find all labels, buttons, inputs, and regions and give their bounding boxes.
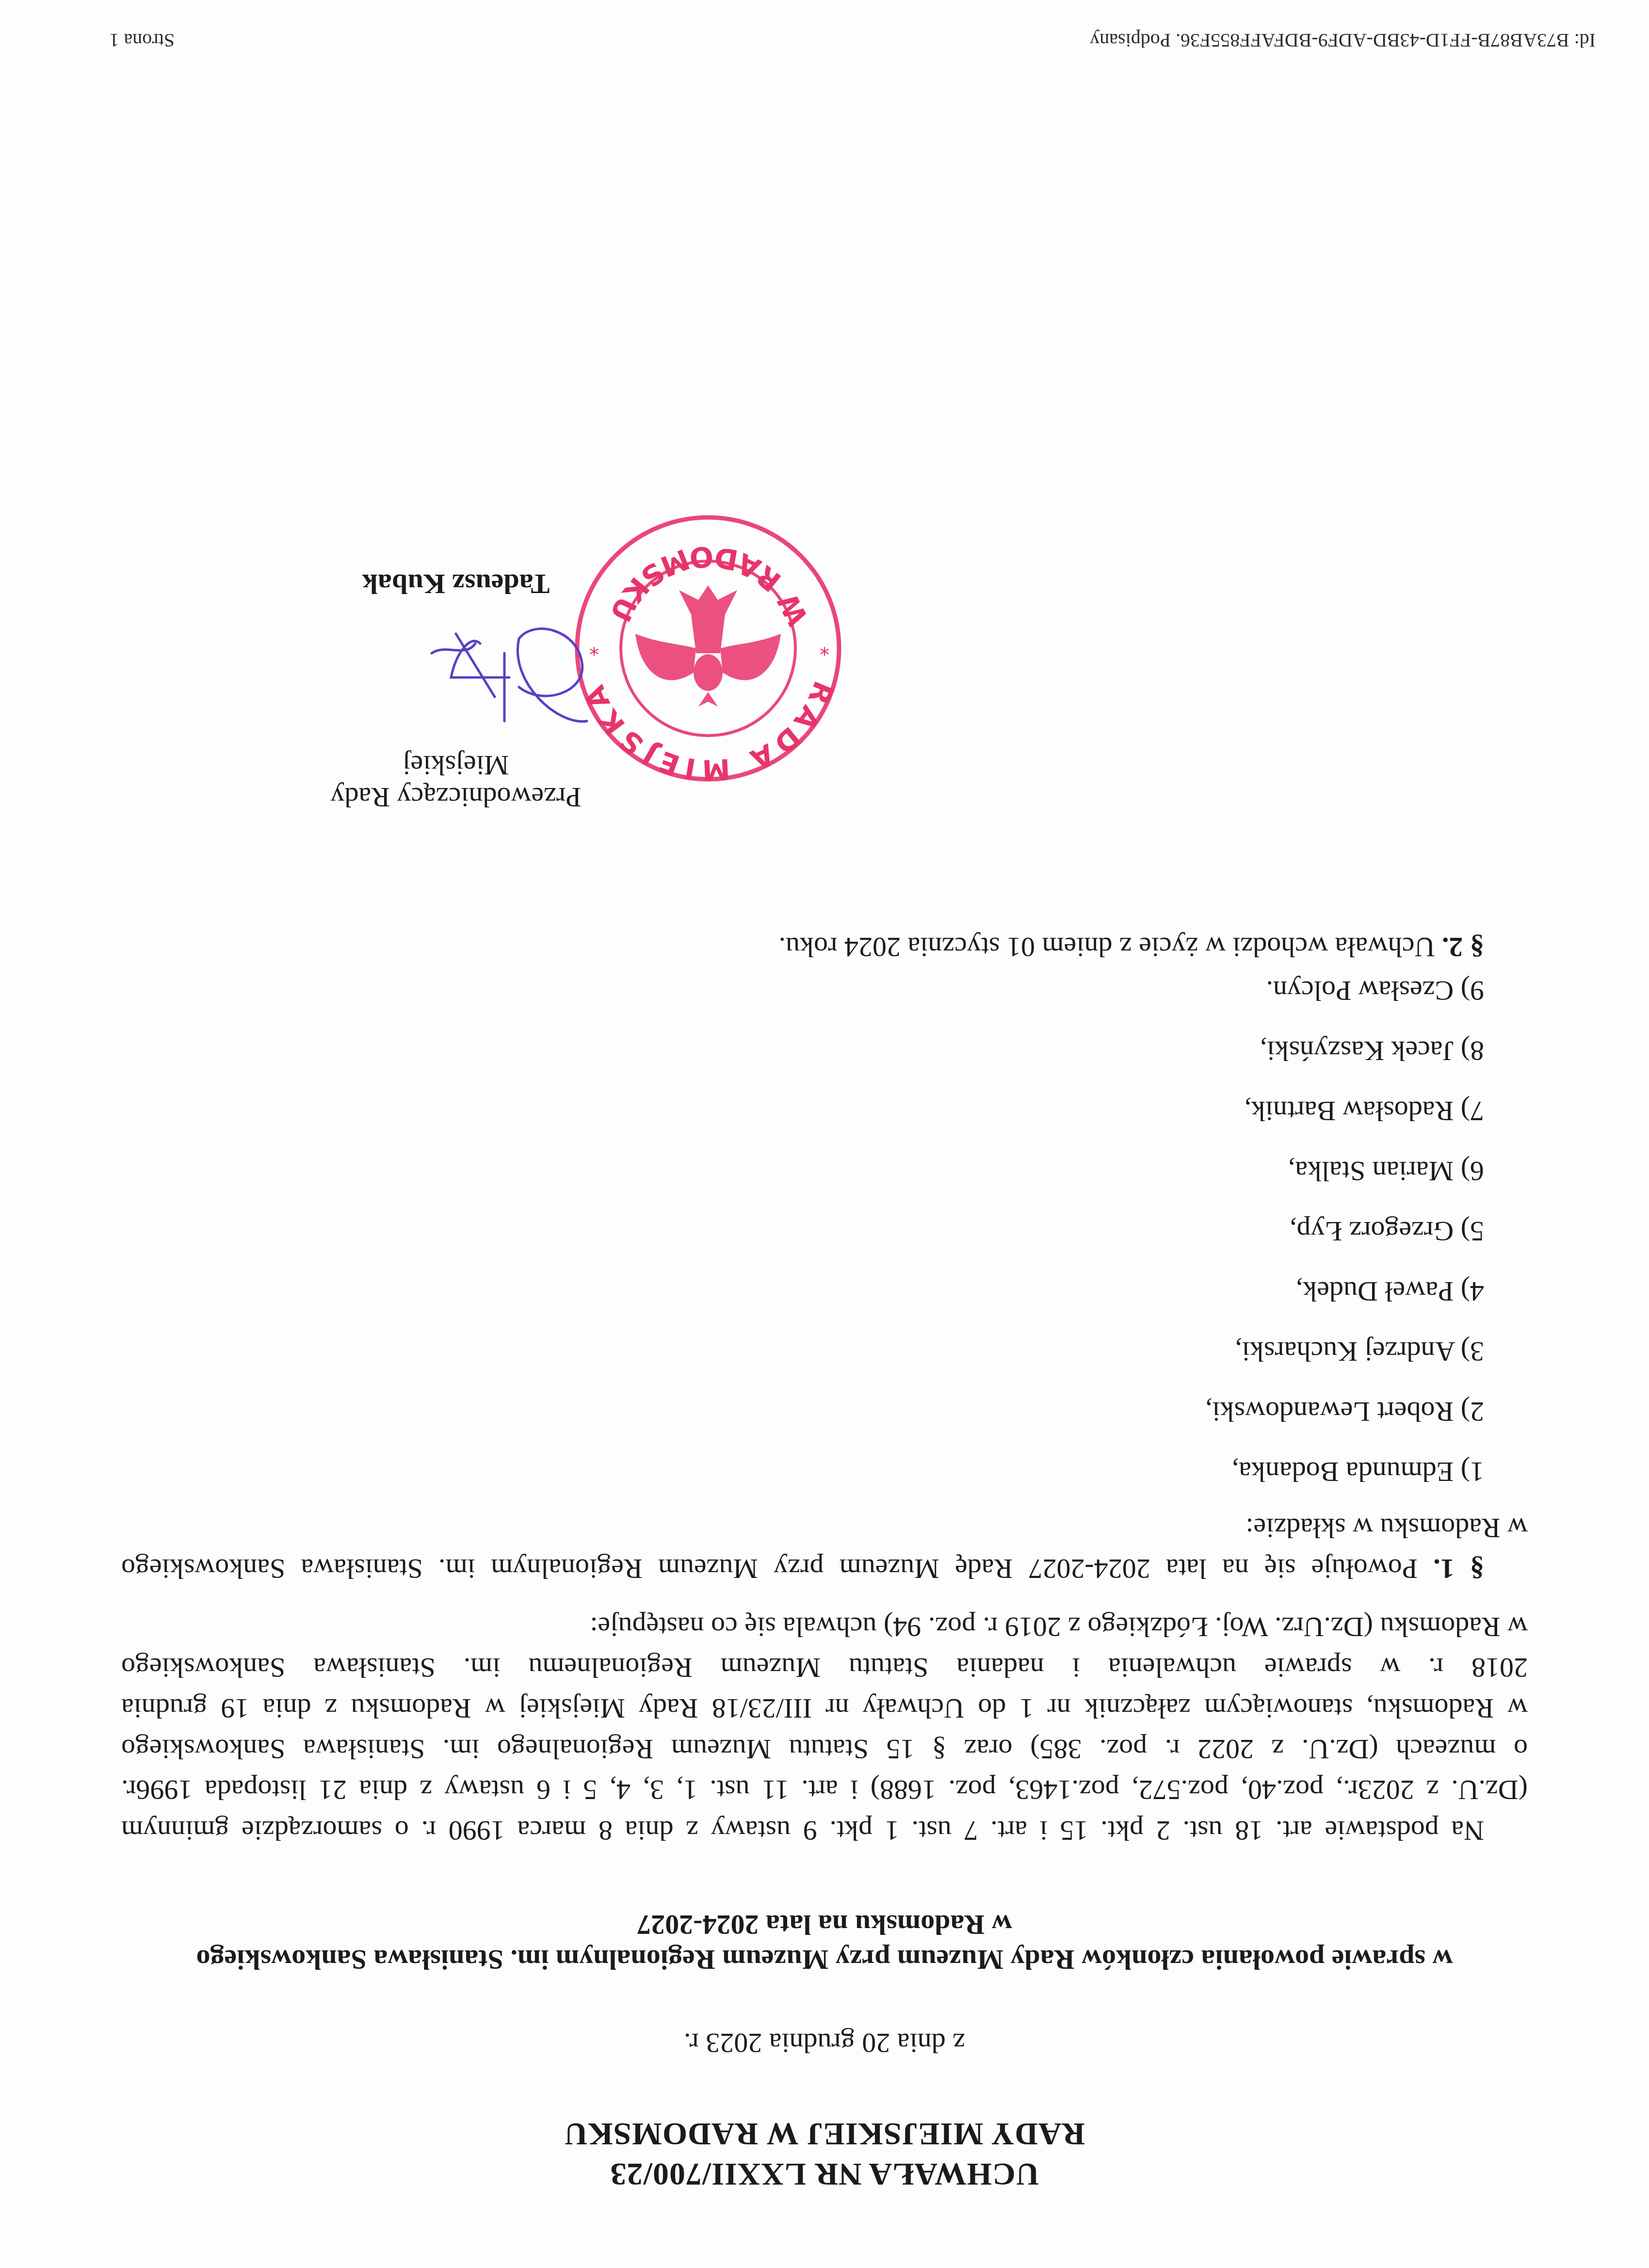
preamble-line: (Dz.U. z 2023r., poz.40, poz.572, poz.14…: [121, 1769, 1528, 1810]
member-item: 7) Radosław Bartnik,: [1205, 1081, 1484, 1141]
member-item: 1) Edmunda Bodanka,: [1205, 1442, 1484, 1502]
handwritten-signature: [412, 614, 616, 740]
signatory-role: Przewodniczący Rady: [306, 781, 606, 813]
subject-line-1: w sprawie powołania członków Rady Muzeum…: [121, 1942, 1528, 1977]
signatory-name: Tadeusz Kubak: [306, 568, 606, 600]
preamble-line: w Radomsku (Dz.Urz. Woj. Łódzkiego z 201…: [121, 1607, 1528, 1647]
signatory-role-line-2: Miejskiej: [306, 749, 606, 781]
preamble-line: 2018 r. w sprawie uchwalenia i nadania S…: [121, 1647, 1528, 1688]
section-1-line-2: w Radomsku w składzie:: [121, 1508, 1528, 1548]
preamble-line: Na podstawie art. 18 ust. 2 pkt. 15 i ar…: [121, 1810, 1528, 1851]
section-2: § 2. Uchwała wchodzi w życie z dniem 01 …: [779, 931, 1484, 964]
member-item: 3) Andrzej Kucharski,: [1205, 1321, 1484, 1382]
page-number: Strona 1: [110, 29, 175, 52]
preamble-line: w Radomsku, stanowiącym załącznik nr 1 d…: [121, 1688, 1528, 1729]
member-item: 2) Robert Lewandowski,: [1205, 1382, 1484, 1442]
member-item: 6) Marian Stalka,: [1205, 1141, 1484, 1201]
section-1: § 1. Powołuje się na lata 2024-2027 Radę…: [121, 1508, 1528, 1589]
eagle-emblem-icon: [635, 585, 781, 707]
section-2-text: Uchwała wchodzi w życie z dniem 01 stycz…: [779, 932, 1435, 963]
document-id: Id: B73AB87B-FF1D-43BD-ADF9-BDFAFF855F36…: [1090, 29, 1596, 52]
section-2-label: § 2.: [1442, 932, 1484, 963]
section-1-line-1: § 1. Powołuje się na lata 2024-2027 Radę…: [121, 1548, 1528, 1589]
member-item: 9) Czesław Polcyn.: [1205, 961, 1484, 1021]
svg-text:*: *: [820, 636, 829, 659]
resolution-title: UCHWAŁA NR LXXII/700/23: [0, 2155, 1649, 2193]
subject-line-2: w Radomsku na lata 2024-2027: [121, 1907, 1528, 1942]
member-item: 8) Jacek Kaszyński,: [1205, 1021, 1484, 1081]
document-page: UCHWAŁA NR LXXII/700/23 RADY MIEJSKIEJ W…: [0, 0, 1649, 2268]
section-1-label: § 1.: [1433, 1553, 1484, 1585]
resolution-date: z dnia 20 grudnia 2023 r.: [0, 2027, 1649, 2059]
member-item: 5) Grzegorz Łyp,: [1205, 1201, 1484, 1261]
preamble-line: o muzeach (Dz.U. z 2022 r. poz. 385) ora…: [121, 1729, 1528, 1769]
preamble-paragraph: Na podstawie art. 18 ust. 2 pkt. 15 i ar…: [121, 1607, 1528, 1851]
signature-block: Przewodniczący Rady Miejskiej: [306, 749, 606, 813]
council-name: RADY MIEJSKIEJ W RADOMSKU: [0, 2115, 1649, 2153]
members-list: 1) Edmunda Bodanka, 2) Robert Lewandowsk…: [1205, 961, 1484, 1502]
member-item: 4) Paweł Dudek,: [1205, 1261, 1484, 1321]
